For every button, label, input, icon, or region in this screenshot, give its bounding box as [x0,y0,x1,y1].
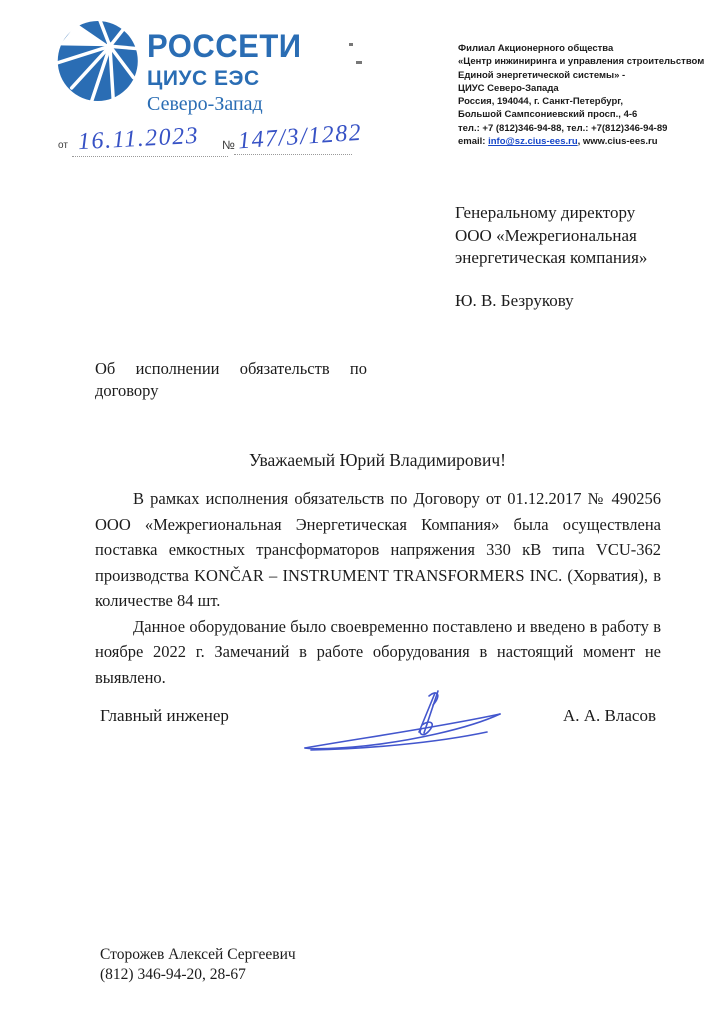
letter-body: В рамках исполнения обязательств по Дого… [95,486,661,690]
brand-division: ЦИУС ЕЭС [147,66,302,91]
sender-line: Большой Сампсониевский просп., 4-6 [458,108,713,121]
sender-line: Россия, 194044, г. Санкт-Петербург, [458,95,713,108]
date-label: от [58,140,68,151]
sender-line: «Центр инжиниринга и управления строител… [458,55,713,68]
signature-ink-icon [295,686,513,758]
recipient-name: Ю. В. Безрукову [455,290,647,313]
brand-region: Северо-Запад [147,92,302,116]
number-underline [234,153,352,155]
handwritten-number: 147/3/1282 [237,120,363,156]
recipient-line: энергетическая компания» [455,247,647,270]
executor-phone: (812) 346-94-20, 28-67 [100,965,296,985]
letter-page: РОССЕТИ ЦИУС ЕЭС Северо-Запад от 16.11.2… [0,0,724,1024]
brand-name: РОССЕТИ [147,29,302,64]
handwritten-date: 16.11.2023 [77,123,199,156]
sender-line: Филиал Акционерного общества [458,42,713,55]
subject-line: Об исполнении обязательств по договору [95,358,367,401]
salutation: Уважаемый Юрий Владимирович! [95,450,660,471]
number-label: № [222,138,235,152]
body-paragraph-2: Данное оборудование было своевременно по… [95,614,661,691]
signatory-title: Главный инженер [100,706,229,726]
sender-email-line: email: info@sz.cius-ees.ru, www.cius-ees… [458,135,713,148]
sender-line: Единой энергетической системы» - [458,69,713,82]
email-link[interactable]: info@sz.cius-ees.ru [488,136,578,147]
brand-block: РОССЕТИ ЦИУС ЕЭС Северо-Запад [147,29,302,116]
reference-line: от 16.11.2023 № 147/3/1282 [58,126,358,162]
signatory-name: А. А. Власов [563,706,656,726]
sender-details: Филиал Акционерного общества «Центр инжи… [458,42,713,148]
sender-line: ЦИУС Северо-Запада [458,82,713,95]
email-label: email: [458,136,488,147]
scan-artifact [356,61,362,64]
body-paragraph-1: В рамках исполнения обязательств по Дого… [95,486,661,614]
sender-line: тел.: +7 (812)346-94-88, тел.: +7(812)34… [458,122,713,135]
scan-artifact [349,43,353,46]
recipient-block: Генеральному директору ООО «Межрегиональ… [455,202,647,312]
executor-contact: Сторожев Алексей Сергеевич (812) 346-94-… [100,945,296,985]
recipient-line: Генеральному директору [455,202,647,225]
executor-name: Сторожев Алексей Сергеевич [100,945,296,965]
website-text: , www.cius-ees.ru [578,136,658,147]
rosseti-logo-icon [56,15,143,107]
recipient-line: ООО «Межрегиональная [455,225,647,248]
date-underline [72,155,228,157]
